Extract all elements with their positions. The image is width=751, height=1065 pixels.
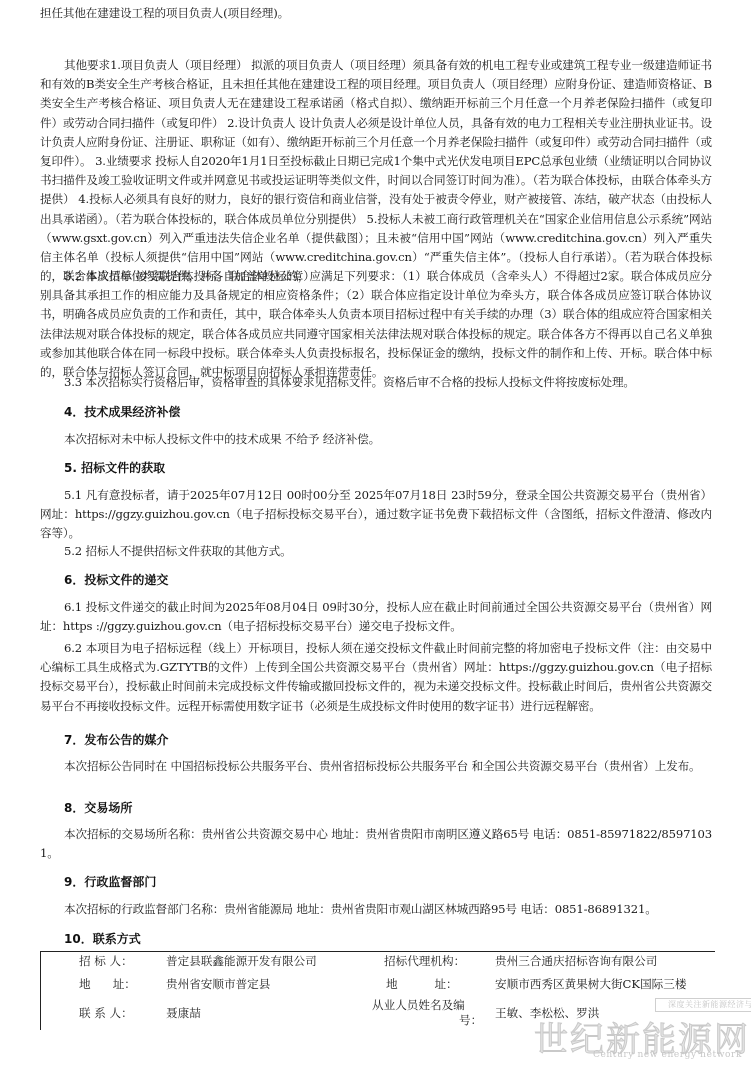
section-8-heading: 8．交易场所 — [64, 799, 132, 816]
section-7-paragraph: 本次招标公告同时在 中国招标投标公共服务平台、贵州省招标投标公共服务平台 和全国… — [40, 757, 712, 776]
section-9-paragraph: 本次招标的行政监督部门名称：贵州省能源局 地址：贵州省贵阳市观山湖区林城西路95… — [40, 900, 712, 919]
tenderer-value: 普定县联鑫能源开发有限公司 — [166, 953, 317, 969]
section-3-3-paragraph: 3.3 本次招标实行资格后审，资格审查的具体要求见招标文件。资格后审不合格的投标… — [40, 373, 712, 392]
agency-address-value: 安顺市西秀区黄果树大街CK国际三楼 — [495, 976, 686, 992]
section-6-heading: 6．投标文件的递交 — [64, 571, 168, 588]
section-10-heading: 10．联系方式 — [64, 930, 141, 947]
contacts-table: 招 标 人： 普定县联鑫能源开发有限公司 地 址： 贵州省安顺市普定县 联 系 … — [40, 951, 715, 1030]
practitioner-label-line2: 号： — [459, 1012, 482, 1028]
section-5-2-paragraph: 5.2 招标人不提供招标文件获取的其他方式。 — [40, 542, 712, 561]
section-4-heading: 4．技术成果经济补偿 — [64, 403, 180, 420]
intro-line: 担任其他在建建设工程的项目负责人(项目经理)。 — [40, 4, 712, 23]
section-4-paragraph: 本次招标对未中标人投标文件中的技术成果 不给予 经济补偿。 — [40, 430, 712, 449]
agency-address-label: 地 址： — [386, 976, 458, 992]
section-8-paragraph: 本次招标的交易场所名称：贵州省公共资源交易中心 地址：贵州省贵阳市南明区遵义路6… — [40, 825, 712, 863]
section-3-2-paragraph: 3.2 本次招标 接受联合体投标。联合体投标的，应满足下列要求：（1）联合体成员… — [40, 267, 712, 382]
section-5-1-paragraph: 5.1 凡有意投标者，请于2025年07月12日 00时00分至 2025年07… — [40, 486, 712, 544]
practitioner-label-line1: 从业人员姓名及编 — [372, 997, 465, 1013]
tenderer-address-label: 地 址： — [79, 976, 136, 992]
tenderer-label: 招 标 人： — [79, 953, 133, 969]
tenderer-contact-value: 聂康喆 — [166, 1005, 201, 1021]
other-requirements-paragraph: 其他要求1.项目负责人（项目经理） 拟派的项目负责人（项目经理）须具备有效的机电… — [40, 56, 712, 286]
tenderer-address-value: 贵州省安顺市普定县 — [166, 976, 270, 992]
agency-value: 贵州三合通庆招标咨询有限公司 — [495, 953, 657, 969]
section-7-heading: 7．发布公告的媒介 — [64, 731, 168, 748]
watermark-english: Century new energy network — [593, 1050, 742, 1060]
practitioner-value: 王敏、李松松、罗洪 — [495, 1005, 599, 1021]
agency-label: 招标代理机构： — [384, 953, 465, 969]
section-5-heading: 5. 招标文件的获取 — [64, 459, 165, 476]
section-6-2-paragraph: 6.2 本项目为电子招标远程（线上）开标项目，投标人须在递交投标文件截止时间前完… — [40, 639, 712, 716]
section-6-1-paragraph: 6.1 投标文件递交的截止时间为2025年08月04日 09时30分，投标人应在… — [40, 598, 712, 636]
tenderer-contact-label: 联 系 人： — [79, 1005, 133, 1021]
section-9-heading: 9．行政监督部门 — [64, 873, 156, 890]
